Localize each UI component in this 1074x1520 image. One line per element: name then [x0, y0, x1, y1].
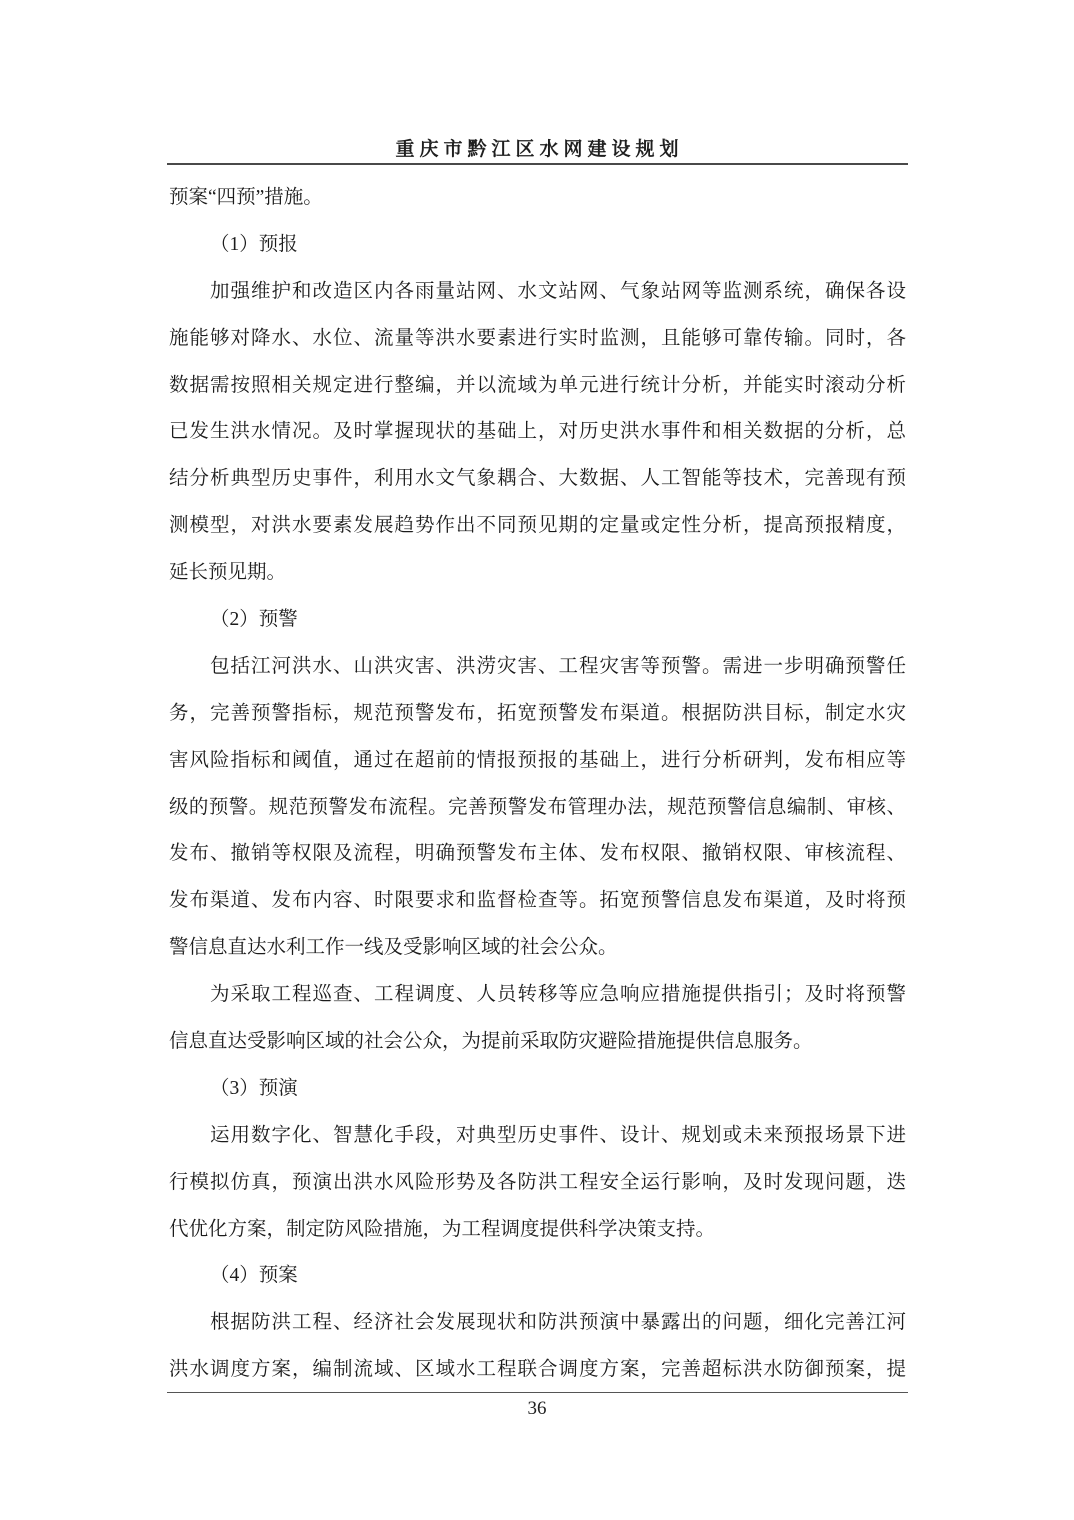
text-line: 级的预警。规范预警发布流程。完善预警发布管理办法，规范预警信息编制、审核、	[169, 785, 906, 832]
text-line: 延长预见期。	[169, 550, 906, 597]
text-line: 结分析典型历史事件，利用水文气象耦合、大数据、人工智能等技术，完善现有预	[169, 456, 906, 503]
text-line: 根据防洪工程、经济社会发展现状和防洪预演中暴露出的问题，细化完善江河	[169, 1300, 906, 1347]
text-line: 警信息直达水利工作一线及受影响区域的社会公众。	[169, 925, 906, 972]
text-line: （2）预警	[169, 597, 906, 644]
text-line: 害风险指标和阈值，通过在超前的情报预报的基础上，进行分析研判，发布相应等	[169, 738, 906, 785]
text-line: 务，完善预警指标，规范预警发布，拓宽预警发布渠道。根据防洪目标，制定水灾	[169, 691, 906, 738]
text-line: 为采取工程巡查、工程调度、人员转移等应急响应措施提供指引；及时将预警	[169, 972, 906, 1019]
text-line: 包括江河洪水、山洪灾害、洪涝灾害、工程灾害等预警。需进一步明确预警任	[169, 644, 906, 691]
text-line: （1）预报	[169, 222, 906, 269]
text-line: 代优化方案，制定防风险措施，为工程调度提供科学决策支持。	[169, 1207, 906, 1254]
text-line: （3）预演	[169, 1066, 906, 1113]
footer-rule	[167, 1392, 908, 1393]
header-rule	[167, 163, 908, 165]
text-line: 发布渠道、发布内容、时限要求和监督检查等。拓宽预警信息发布渠道，及时将预	[169, 878, 906, 925]
text-line: 数据需按照相关规定进行整编，并以流域为单元进行统计分析，并能实时滚动分析	[169, 363, 906, 410]
text-line: 信息直达受影响区域的社会公众，为提前采取防灾避险措施提供信息服务。	[169, 1019, 906, 1066]
text-line: 行模拟仿真，预演出洪水风险形势及各防洪工程安全运行影响，及时发现问题，迭	[169, 1160, 906, 1207]
document-body: 预案“四预”措施。（1）预报加强维护和改造区内各雨量站网、水文站网、气象站网等监…	[169, 175, 906, 1394]
text-line: 预案“四预”措施。	[169, 175, 906, 222]
text-line: 施能够对降水、水位、流量等洪水要素进行实时监测，且能够可靠传输。同时，各	[169, 316, 906, 363]
document-page: 重庆市黔江区水网建设规划 预案“四预”措施。（1）预报加强维护和改造区内各雨量站…	[0, 0, 1074, 1520]
text-line: 测模型，对洪水要素发展趋势作出不同预见期的定量或定性分析，提高预报精度，	[169, 503, 906, 550]
text-line: 已发生洪水情况。及时掌握现状的基础上，对历史洪水事件和相关数据的分析，总	[169, 409, 906, 456]
text-line: 发布、撤销等权限及流程，明确预警发布主体、发布权限、撤销权限、审核流程、	[169, 831, 906, 878]
page-number: 36	[0, 1398, 1074, 1420]
text-line: 洪水调度方案，编制流域、区域水工程联合调度方案，完善超标洪水防御预案，提	[169, 1347, 906, 1394]
text-line: 加强维护和改造区内各雨量站网、水文站网、气象站网等监测系统，确保各设	[169, 269, 906, 316]
text-line: 运用数字化、智慧化手段，对典型历史事件、设计、规划或未来预报场景下进	[169, 1113, 906, 1160]
text-line: （4）预案	[169, 1253, 906, 1300]
header-title: 重庆市黔江区水网建设规划	[0, 134, 1074, 161]
